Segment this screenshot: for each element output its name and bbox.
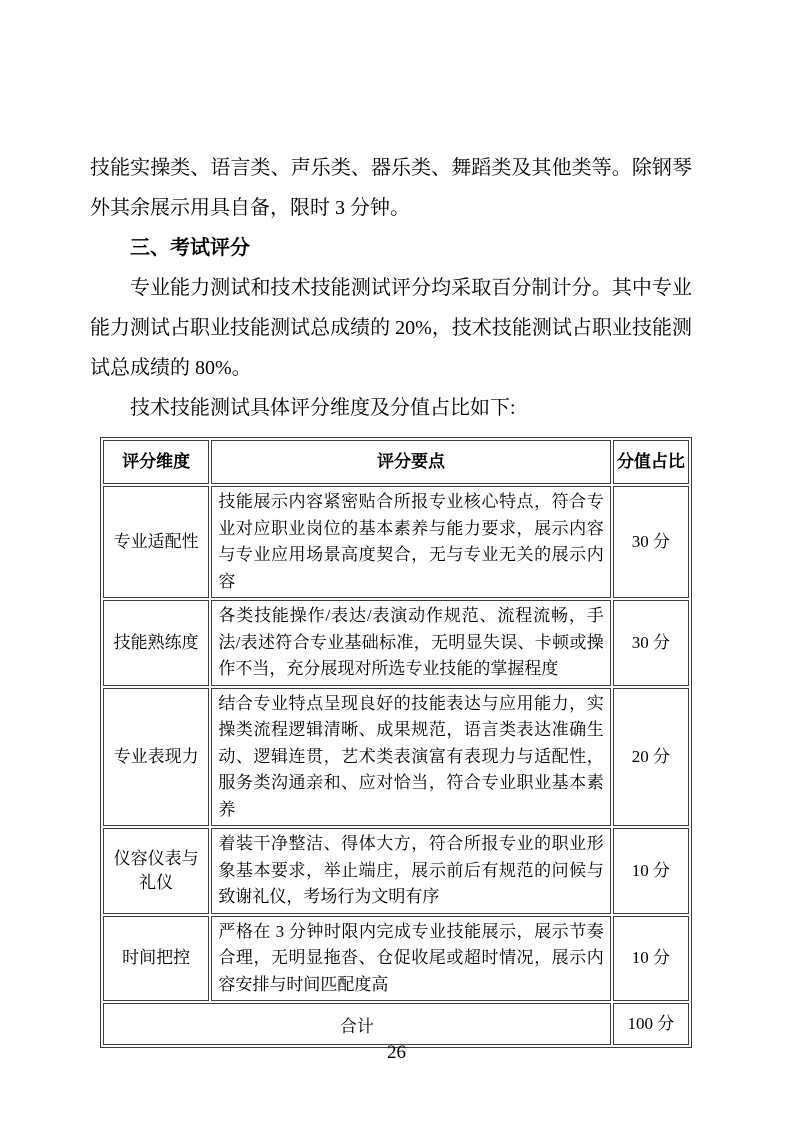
cell-points: 结合专业特点呈现良好的技能表达与应用能力，实操类流程逻辑清晰、成果规范，语言类表… xyxy=(211,688,610,827)
body-paragraph-scoring: 专业能力测试和技术技能测试评分均采取百分制计分。其中专业能力测试占职业技能测试总… xyxy=(90,268,692,388)
scoring-table: 评分维度 评分要点 分值占比 专业适配性 技能展示内容紧密贴合所报专业核心特点，… xyxy=(100,437,692,1048)
cell-score: 30 分 xyxy=(613,600,689,686)
cell-points: 各类技能操作/表达/表演动作规范、流程流畅，手法/表述符合专业基础标准，无明显失… xyxy=(211,600,610,686)
cell-points: 技能展示内容紧密贴合所报专业核心特点，符合专业对应职业岗位的基本素养与能力要求，… xyxy=(211,486,610,598)
table-row: 专业适配性 技能展示内容紧密贴合所报专业核心特点，符合专业对应职业岗位的基本素养… xyxy=(103,486,689,598)
table-row: 专业表现力 结合专业特点呈现良好的技能表达与应用能力，实操类流程逻辑清晰、成果规… xyxy=(103,688,689,827)
body-paragraph-continued: 技能实操类、语言类、声乐类、器乐类、舞蹈类及其他类等。除钢琴外其余展示用具自备，… xyxy=(90,148,692,228)
body-paragraph-table-intro: 技术技能测试具体评分维度及分值占比如下: xyxy=(90,388,692,428)
section-heading: 三、考试评分 xyxy=(90,228,692,268)
total-score: 100 分 xyxy=(613,1003,689,1045)
page-content: 技能实操类、语言类、声乐类、器乐类、舞蹈类及其他类等。除钢琴外其余展示用具自备，… xyxy=(90,148,692,1048)
cell-dimension: 专业表现力 xyxy=(103,688,209,827)
table-header-row: 评分维度 评分要点 分值占比 xyxy=(103,440,689,484)
header-score: 分值占比 xyxy=(613,440,689,484)
header-dimension: 评分维度 xyxy=(103,440,209,484)
table-row: 时间把控 严格在 3 分钟时限内完成专业技能展示，展示节奏合理，无明显拖沓、仓促… xyxy=(103,916,689,1002)
table-total-row: 合计 100 分 xyxy=(103,1003,689,1045)
cell-score: 10 分 xyxy=(613,828,689,914)
cell-score: 20 分 xyxy=(613,688,689,827)
page-number: 26 xyxy=(0,1040,793,1066)
table-row: 技能熟练度 各类技能操作/表达/表演动作规范、流程流畅，手法/表述符合专业基础标… xyxy=(103,600,689,686)
cell-dimension: 时间把控 xyxy=(103,916,209,1002)
cell-dimension: 技能熟练度 xyxy=(103,600,209,686)
cell-dimension: 专业适配性 xyxy=(103,486,209,598)
document-page: { "content": { "para1": "技能实操类、语言类、声乐类、器… xyxy=(0,0,793,1122)
cell-points: 严格在 3 分钟时限内完成专业技能展示，展示节奏合理，无明显拖沓、仓促收尾或超时… xyxy=(211,916,610,1002)
table-row: 仪容仪表与礼仪 着装干净整洁、得体大方，符合所报专业的职业形象基本要求，举止端庄… xyxy=(103,828,689,914)
cell-score: 30 分 xyxy=(613,486,689,598)
cell-score: 10 分 xyxy=(613,916,689,1002)
header-points: 评分要点 xyxy=(211,440,610,484)
cell-points: 着装干净整洁、得体大方，符合所报专业的职业形象基本要求，举止端庄，展示前后有规范… xyxy=(211,828,610,914)
cell-dimension: 仪容仪表与礼仪 xyxy=(103,828,209,914)
total-label: 合计 xyxy=(103,1003,611,1045)
